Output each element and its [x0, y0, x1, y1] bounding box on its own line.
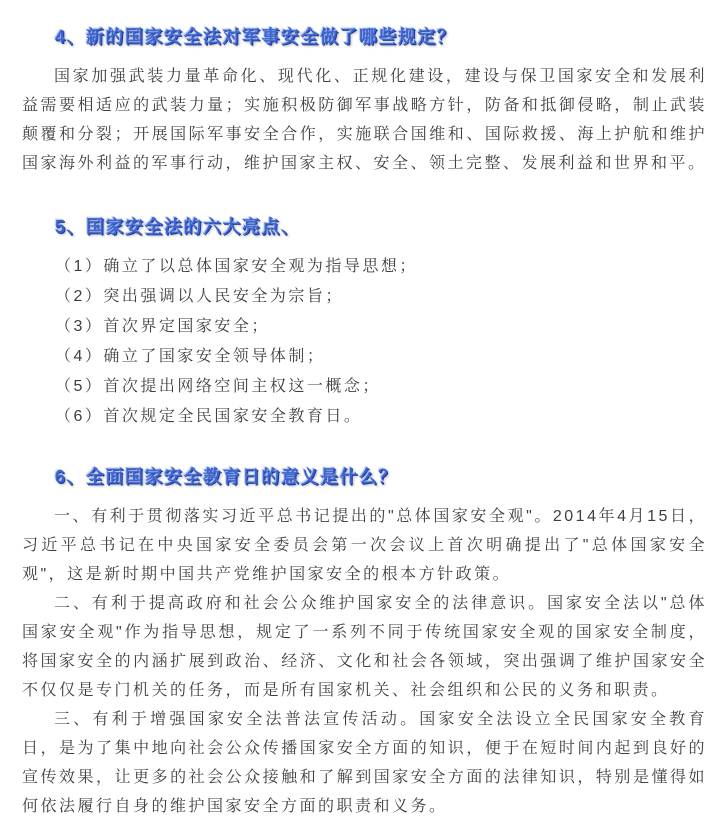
document-page: 4、新的国家安全法对军事安全做了哪些规定？ 国家加强武装力量革命化、现代化、正规…	[0, 0, 727, 833]
section-heading-q6: 6、全面国家安全教育日的意义是什么？	[55, 466, 707, 488]
list-item: （5）首次提出网络空间主权这一概念；	[22, 372, 707, 402]
body-paragraph: 三、有利于增强国家安全法普法宣传活动。国家安全法设立全民国家安全教育日，是为了集…	[22, 705, 707, 821]
section-heading-q4: 4、新的国家安全法对军事安全做了哪些规定？	[55, 26, 707, 48]
body-paragraph: 二、有利于提高政府和社会公众维护国家安全的法律意识。国家安全法以"总体国家安全观…	[22, 589, 707, 705]
section-question-6: 6、全面国家安全教育日的意义是什么？ 一、有利于贯彻落实习近平总书记提出的"总体…	[22, 466, 707, 821]
list-item: （1）确立了以总体国家安全观为指导思想；	[22, 252, 707, 282]
highlights-list: （1）确立了以总体国家安全观为指导思想； （2）突出强调以人民安全为宗旨； （3…	[22, 252, 707, 432]
section-question-4: 4、新的国家安全法对军事安全做了哪些规定？ 国家加强武装力量革命化、现代化、正规…	[22, 26, 707, 178]
section-question-5: 5、国家安全法的六大亮点、 （1）确立了以总体国家安全观为指导思想； （2）突出…	[22, 216, 707, 432]
section-heading-q5: 5、国家安全法的六大亮点、	[55, 216, 707, 238]
list-item: （2）突出强调以人民安全为宗旨；	[22, 282, 707, 312]
list-item: （6）首次规定全民国家安全教育日。	[22, 402, 707, 432]
body-paragraph: 国家加强武装力量革命化、现代化、正规化建设，建设与保卫国家安全和发展利益需要相适…	[22, 62, 707, 178]
list-item: （3）首次界定国家安全；	[22, 312, 707, 342]
list-item: （4）确立了国家安全领导体制；	[22, 342, 707, 372]
body-paragraph: 一、有利于贯彻落实习近平总书记提出的"总体国家安全观"。2014年4月15日，习…	[22, 502, 707, 589]
